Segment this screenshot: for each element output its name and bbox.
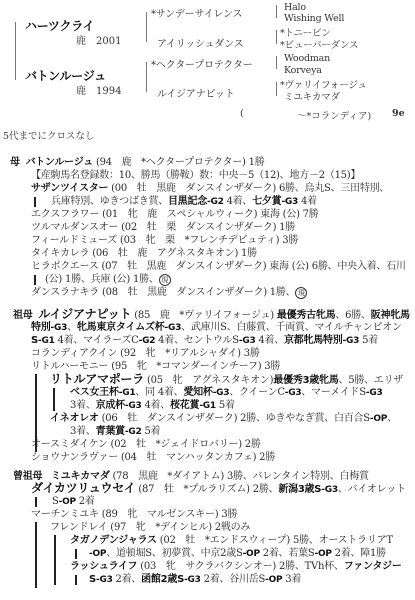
text: S <box>52 496 59 507</box>
family-open-paren: ( <box>240 108 244 119</box>
child-row: コランディアクイン (92 牝 *リアルシャダイ) 3勝 <box>31 347 260 360</box>
offspring-info: (00 牡 黒鹿 ダンスインザダーク) 6勝、烏丸S、三田特別、 <box>111 183 389 194</box>
g3-bracket <box>276 82 277 96</box>
dam-heading: 母 バトンルージュ (94 鹿 *ヘクタープロテクター) 1勝 <box>10 156 264 169</box>
child-name: フレンドレイ <box>50 522 107 533</box>
tree-line <box>34 197 36 207</box>
offspring-row: フィールドミューズ (03 牝 栗 *フレンチデピュティ) 3勝 <box>31 234 298 247</box>
dam-dam: ルイジアナピット <box>157 85 235 100</box>
grade: -G3 <box>184 575 201 585</box>
child-info: (89 牝 マルゼンスキー) 3勝 <box>102 509 238 520</box>
grade: -G2 <box>125 427 142 437</box>
child-row: イネオレオ (06 牡 ダンスインザダーク) 2勝、ゆきやなぎ賞、白百合S-OP… <box>50 412 397 426</box>
family-note: ～*コランディア) <box>297 108 371 122</box>
grade: -OP <box>243 549 260 559</box>
g3-8: ミユキカマダ <box>284 92 340 103</box>
race: 阪神牝馬 <box>371 310 410 321</box>
race: S <box>89 574 96 585</box>
text: 、5勝、エリザ <box>339 375 403 386</box>
offspring-row: エクスフラワー (01 牝 鹿 スペシャルウィーク) 東海 (公) 7勝 <box>31 208 319 221</box>
child-row-cont: ベス女王杯-G1、同 4着、愛知杯-G3、クイーンC-G3、マーメイドS-G3 <box>70 386 382 400</box>
grade: -G3 <box>321 485 338 495</box>
offspring-name: サザンツイスター <box>31 183 108 194</box>
race: 愛知杯 <box>183 387 212 398</box>
dam-sire: *ヘクタープロテクター <box>151 56 253 71</box>
race: 目黒記念 <box>168 196 207 207</box>
granddam-line-2: 特別-G3、牝馬東京タイムズ杯-G3、武庫川S、白藤賞、千両賞、マイルチャンピオ… <box>31 321 402 335</box>
offspring-row-cont: (公) 1勝、兵庫 (公) 1勝、現 <box>45 273 171 286</box>
tree-line <box>35 522 37 588</box>
dam-stats: 【産駒馬名登録数：10、勝馬（勝鞍）数：中央－5（12)、地方－2（15)】 <box>31 169 360 182</box>
grade: -G1 <box>119 388 136 398</box>
award: 最優秀古牝馬 <box>277 310 336 321</box>
offspring-info: (07 牡 黒鹿 ダンスインザダーク) 東海 (公) 6勝、中央入着、石川 <box>102 261 406 272</box>
race: 牝馬東京タイムズ杯 <box>77 322 165 333</box>
child-row: ラッシュライフ (03 牝 サクラバクシンオー) 2勝、TVh杯、ファンタジー <box>70 560 402 573</box>
grade: -G3 <box>366 388 383 398</box>
g3-7: *ヴァリイフォージュ <box>280 80 367 91</box>
grade: -OP <box>265 575 282 585</box>
g3-6: Korveya <box>284 65 322 76</box>
granddam-info: (85 鹿 *ヴァリイフォージュ) <box>134 310 274 321</box>
text: 2着 <box>76 496 95 507</box>
tree-line <box>35 497 37 507</box>
text: 、クイーンC <box>229 387 284 398</box>
ggdam-info: (78 黒鹿 *ダイアトム) 3勝、バレンタイン特別、白梅賞 <box>112 471 368 482</box>
race: 青葉賞 <box>96 426 125 437</box>
dam-bracket <box>146 62 147 92</box>
tree-line <box>75 549 77 559</box>
offspring-name: ダンスラナキラ <box>31 287 99 298</box>
granddam-line-3: S-G1 4着、マイラーズC-G2 4着、セントウルS-G3 4着、京都牝馬特別… <box>31 334 378 348</box>
grade: -G3 <box>281 197 298 207</box>
child-row: オースミダイケン (02 牡 *ジェイドロバリー) 2勝 <box>31 438 261 451</box>
tree-line <box>34 275 36 285</box>
grade: -G1 <box>199 401 216 411</box>
child-row: リトルアマポーラ (05 牝 アグネスタキオン)最優秀3歳牝馬、5勝、エリザ <box>50 373 403 387</box>
race: 函館2歳S <box>141 574 184 585</box>
child-row-cont: S-OP 2着 <box>52 495 95 509</box>
dam-name-bold: バトンルージュ <box>26 157 93 168</box>
grade: -G3 <box>239 336 256 346</box>
granddam-name: ルイジアナピット <box>38 307 131 321</box>
text: 4着、 <box>255 335 284 346</box>
race: 七夕賞 <box>252 196 281 207</box>
offspring-name: エクスフラワー <box>31 209 99 220</box>
grade: -G3 <box>285 388 302 398</box>
child-name: ダイカツリュウセイ <box>31 481 135 495</box>
grade: -G2 <box>139 336 156 346</box>
text: 、 <box>67 322 77 333</box>
child-row: タガノデンジャラス (02 牡 *エンドスウィープ) 5勝、オーストラリアT <box>70 534 393 547</box>
child-name: ショウナンラヴァー <box>31 452 118 463</box>
child-row: フレンドレイ (97 牝 *デインヒル) 2戦のみ <box>50 521 250 534</box>
tree-line <box>54 535 56 585</box>
g3-5: Woodman <box>284 53 330 64</box>
child-info: (92 牝 *リアルシャダイ) 3勝 <box>120 348 260 359</box>
text: 4着、 <box>142 400 171 411</box>
child-info: (06 牡 ダンスインザダーク) 2勝、ゆきやなぎ賞、白百合S <box>102 413 370 424</box>
text: 3着、 <box>70 400 96 411</box>
text: 3着、 <box>70 426 96 437</box>
offspring-row: ツルマルダンスオー (02 牡 栗 ダンスインザダーク) 1勝 <box>31 221 295 234</box>
g3-bracket <box>276 5 277 18</box>
offspring-row: タイキカレラ (06 牡 鹿 アグネスタキオン) 1勝 <box>31 247 257 260</box>
grade: -G3 <box>164 323 181 333</box>
offspring-row: ヒラボクエース (07 牡 黒鹿 ダンスインザダーク) 東海 (公) 6勝、中央… <box>31 260 406 273</box>
grade: -OP <box>314 549 331 559</box>
cross-note: 5代までにクロスなし <box>3 128 95 142</box>
tree-line <box>75 575 77 585</box>
offspring-info: (06 牡 鹿 アグネスタキオン) 1勝 <box>92 248 257 259</box>
text: 2着、若葉S <box>260 548 315 559</box>
race: ベス女王杯 <box>70 387 119 398</box>
grade: -G1 <box>38 336 55 346</box>
grade: -G3 <box>96 575 113 585</box>
dam-info: (94 鹿 *ヘクタープロテクター) 1勝 <box>96 157 265 168</box>
race: 京成杯 <box>96 400 125 411</box>
child-name: イネオレオ <box>50 413 99 424</box>
child-info: (02 牡 *エンドスウィープ) 5勝、オーストラリアT <box>160 535 393 546</box>
sire-dam: アイリッシュダンス <box>157 35 244 50</box>
grade: -G3 <box>213 388 230 398</box>
offspring-name: タイキカレラ <box>31 248 89 259</box>
child-name: ラッシュライフ <box>70 561 137 572</box>
child-row-cont: -OP、道頓堀S、初夢賞、中京2歳S-OP 2着、若葉S-OP 2着、障1勝 <box>89 547 386 561</box>
text: 3着 <box>282 574 301 585</box>
offspring-info: (02 牡 栗 ダンスインザダーク) 1勝 <box>121 222 295 233</box>
grade: -OP <box>370 414 387 424</box>
text: 2着、障1勝 <box>332 548 386 559</box>
child-name: リトルハーモニー <box>31 361 108 372</box>
child-name: リトルアマポーラ <box>50 372 144 386</box>
child-name: タガノデンジャラス <box>70 535 157 546</box>
sire-color-year: 鹿 2001 <box>76 32 121 47</box>
grade: -G3 <box>125 401 142 411</box>
tree-line <box>53 388 55 411</box>
child-name: マーチンミユキ <box>31 509 99 520</box>
child-info: (02 牡 *ジェイドロバリー) 2勝 <box>111 439 261 450</box>
grade: -G3 <box>51 323 68 333</box>
text: 4着 <box>298 196 317 207</box>
offspring-name: フィールドミューズ <box>31 235 117 246</box>
text: 、バイオレット <box>338 484 406 495</box>
text: 、武庫川S、白藤賞、千両賞、マイルチャンピオン <box>181 322 402 333</box>
race: 桜花賞 <box>170 400 199 411</box>
active-mark-icon: 現 <box>295 287 307 299</box>
text: 兵庫特別、ゆきつばき賞、 <box>51 196 168 207</box>
race: 特別 <box>31 322 51 333</box>
offspring-info: (08 牡 黒鹿 ダンスインザダーク) 1勝、 <box>102 287 295 298</box>
child-row: ショウナンラヴァー (04 牡 マンハッタンカフェ) 2勝 <box>31 451 275 464</box>
g3-2: Wishing Well <box>284 13 344 24</box>
offspring-info: (01 牝 鹿 スペシャルウィーク) 東海 (公) 7勝 <box>102 209 318 220</box>
child-row-cont: 3着、青葉賞-G2 5着 <box>70 425 160 439</box>
offspring-row-cont: 兵庫特別、ゆきつばき賞、目黒記念-G2 4着、七夕賞-G3 4着 <box>51 195 317 209</box>
granddam-label: 祖母 <box>13 310 33 321</box>
offspring-name: ツルマルダンスオー <box>31 222 118 233</box>
grade: -OP <box>59 497 76 507</box>
text: 5着 <box>142 426 161 437</box>
text: 5着 <box>216 400 235 411</box>
active-mark-icon: 現 <box>159 274 171 286</box>
child-info: (05 牝 アグネスタキオン) <box>147 375 273 386</box>
grade: -G2 <box>207 197 224 207</box>
child-info: (97 牝 *デインヒル) 2戦のみ <box>110 522 250 533</box>
race: 京都牝馬特別 <box>284 335 343 346</box>
family-number: 9e <box>392 108 405 119</box>
text: 、 <box>387 413 397 424</box>
text: 、マーメイドS <box>301 387 365 398</box>
text: 4着、 <box>224 196 253 207</box>
pedigree-bracket <box>15 22 16 80</box>
child-info: (87 牡 *プルラリズム) 2勝、 <box>138 484 278 495</box>
dam-color-year: 鹿 1994 <box>76 82 121 97</box>
granddam-heading: 祖母 ルイジアナピット (85 鹿 *ヴァリイフォージュ) 最優秀古牝馬、6勝、… <box>13 308 410 322</box>
child-row-cont: 3着、京成杯-G3 4着、桜花賞-G1 5着 <box>70 399 235 413</box>
offspring-name: ヒラボクエース <box>31 261 99 272</box>
grade: -OP <box>89 549 106 559</box>
offspring-row: サザンツイスター (00 牡 黒鹿 ダンスインザダーク) 6勝、烏丸S、三田特別… <box>31 182 389 195</box>
child-info: (03 牝 サクラバクシンオー) 2勝、TVh杯、 <box>140 561 344 572</box>
sire-sire: *サンデーサイレンス <box>151 5 242 20</box>
sire-bracket <box>146 12 147 42</box>
child-info: (04 牡 マンハッタンカフェ) 2勝 <box>121 452 275 463</box>
race: S <box>31 335 38 346</box>
text: 2着、谷川岳S <box>201 574 265 585</box>
g3-bracket <box>276 56 277 69</box>
text: 、6勝、 <box>335 310 370 321</box>
g3-1: Halo <box>284 2 306 13</box>
text: 5着 <box>359 335 378 346</box>
award: 最優秀3歳牝馬 <box>273 375 338 386</box>
g3-bracket <box>276 30 277 44</box>
text: 、道頓堀S、初夢賞、中京2歳S <box>106 548 242 559</box>
child-row-cont: S-G3 2着、函館2歳S-G3 2着、谷川岳S-OP 3着 <box>89 573 301 587</box>
child-name: オースミダイケン <box>31 439 108 450</box>
child-name: コランディアクイン <box>31 348 117 359</box>
dam-label: 母 <box>10 157 20 168</box>
g3-3: *トニービン <box>280 28 331 39</box>
race: 新潟3歳S <box>278 484 321 495</box>
g3-4: *ビューパーダンス <box>280 40 358 51</box>
text: 2着、 <box>113 574 142 585</box>
text: 4着、セントウルS <box>155 335 239 346</box>
text: (公) 1勝、兵庫 (公) 1勝、 <box>45 274 159 285</box>
race: ファンタジー <box>344 561 402 572</box>
child-row: マーチンミユキ (89 牝 マルゼンスキー) 3勝 <box>31 508 237 521</box>
offspring-info: (03 牝 栗 *フレンチデピュティ) 3勝 <box>120 235 298 246</box>
text: 、同 4着、 <box>135 387 183 398</box>
text: 4着、マイラーズC <box>55 335 139 346</box>
child-info: (95 牝 *コマンダーインチーフ) 3勝 <box>111 361 280 372</box>
grade: -G3 <box>343 336 360 346</box>
offspring-row: ダンスラナキラ (08 牡 黒鹿 ダンスインザダーク) 1勝、現 <box>31 286 307 299</box>
